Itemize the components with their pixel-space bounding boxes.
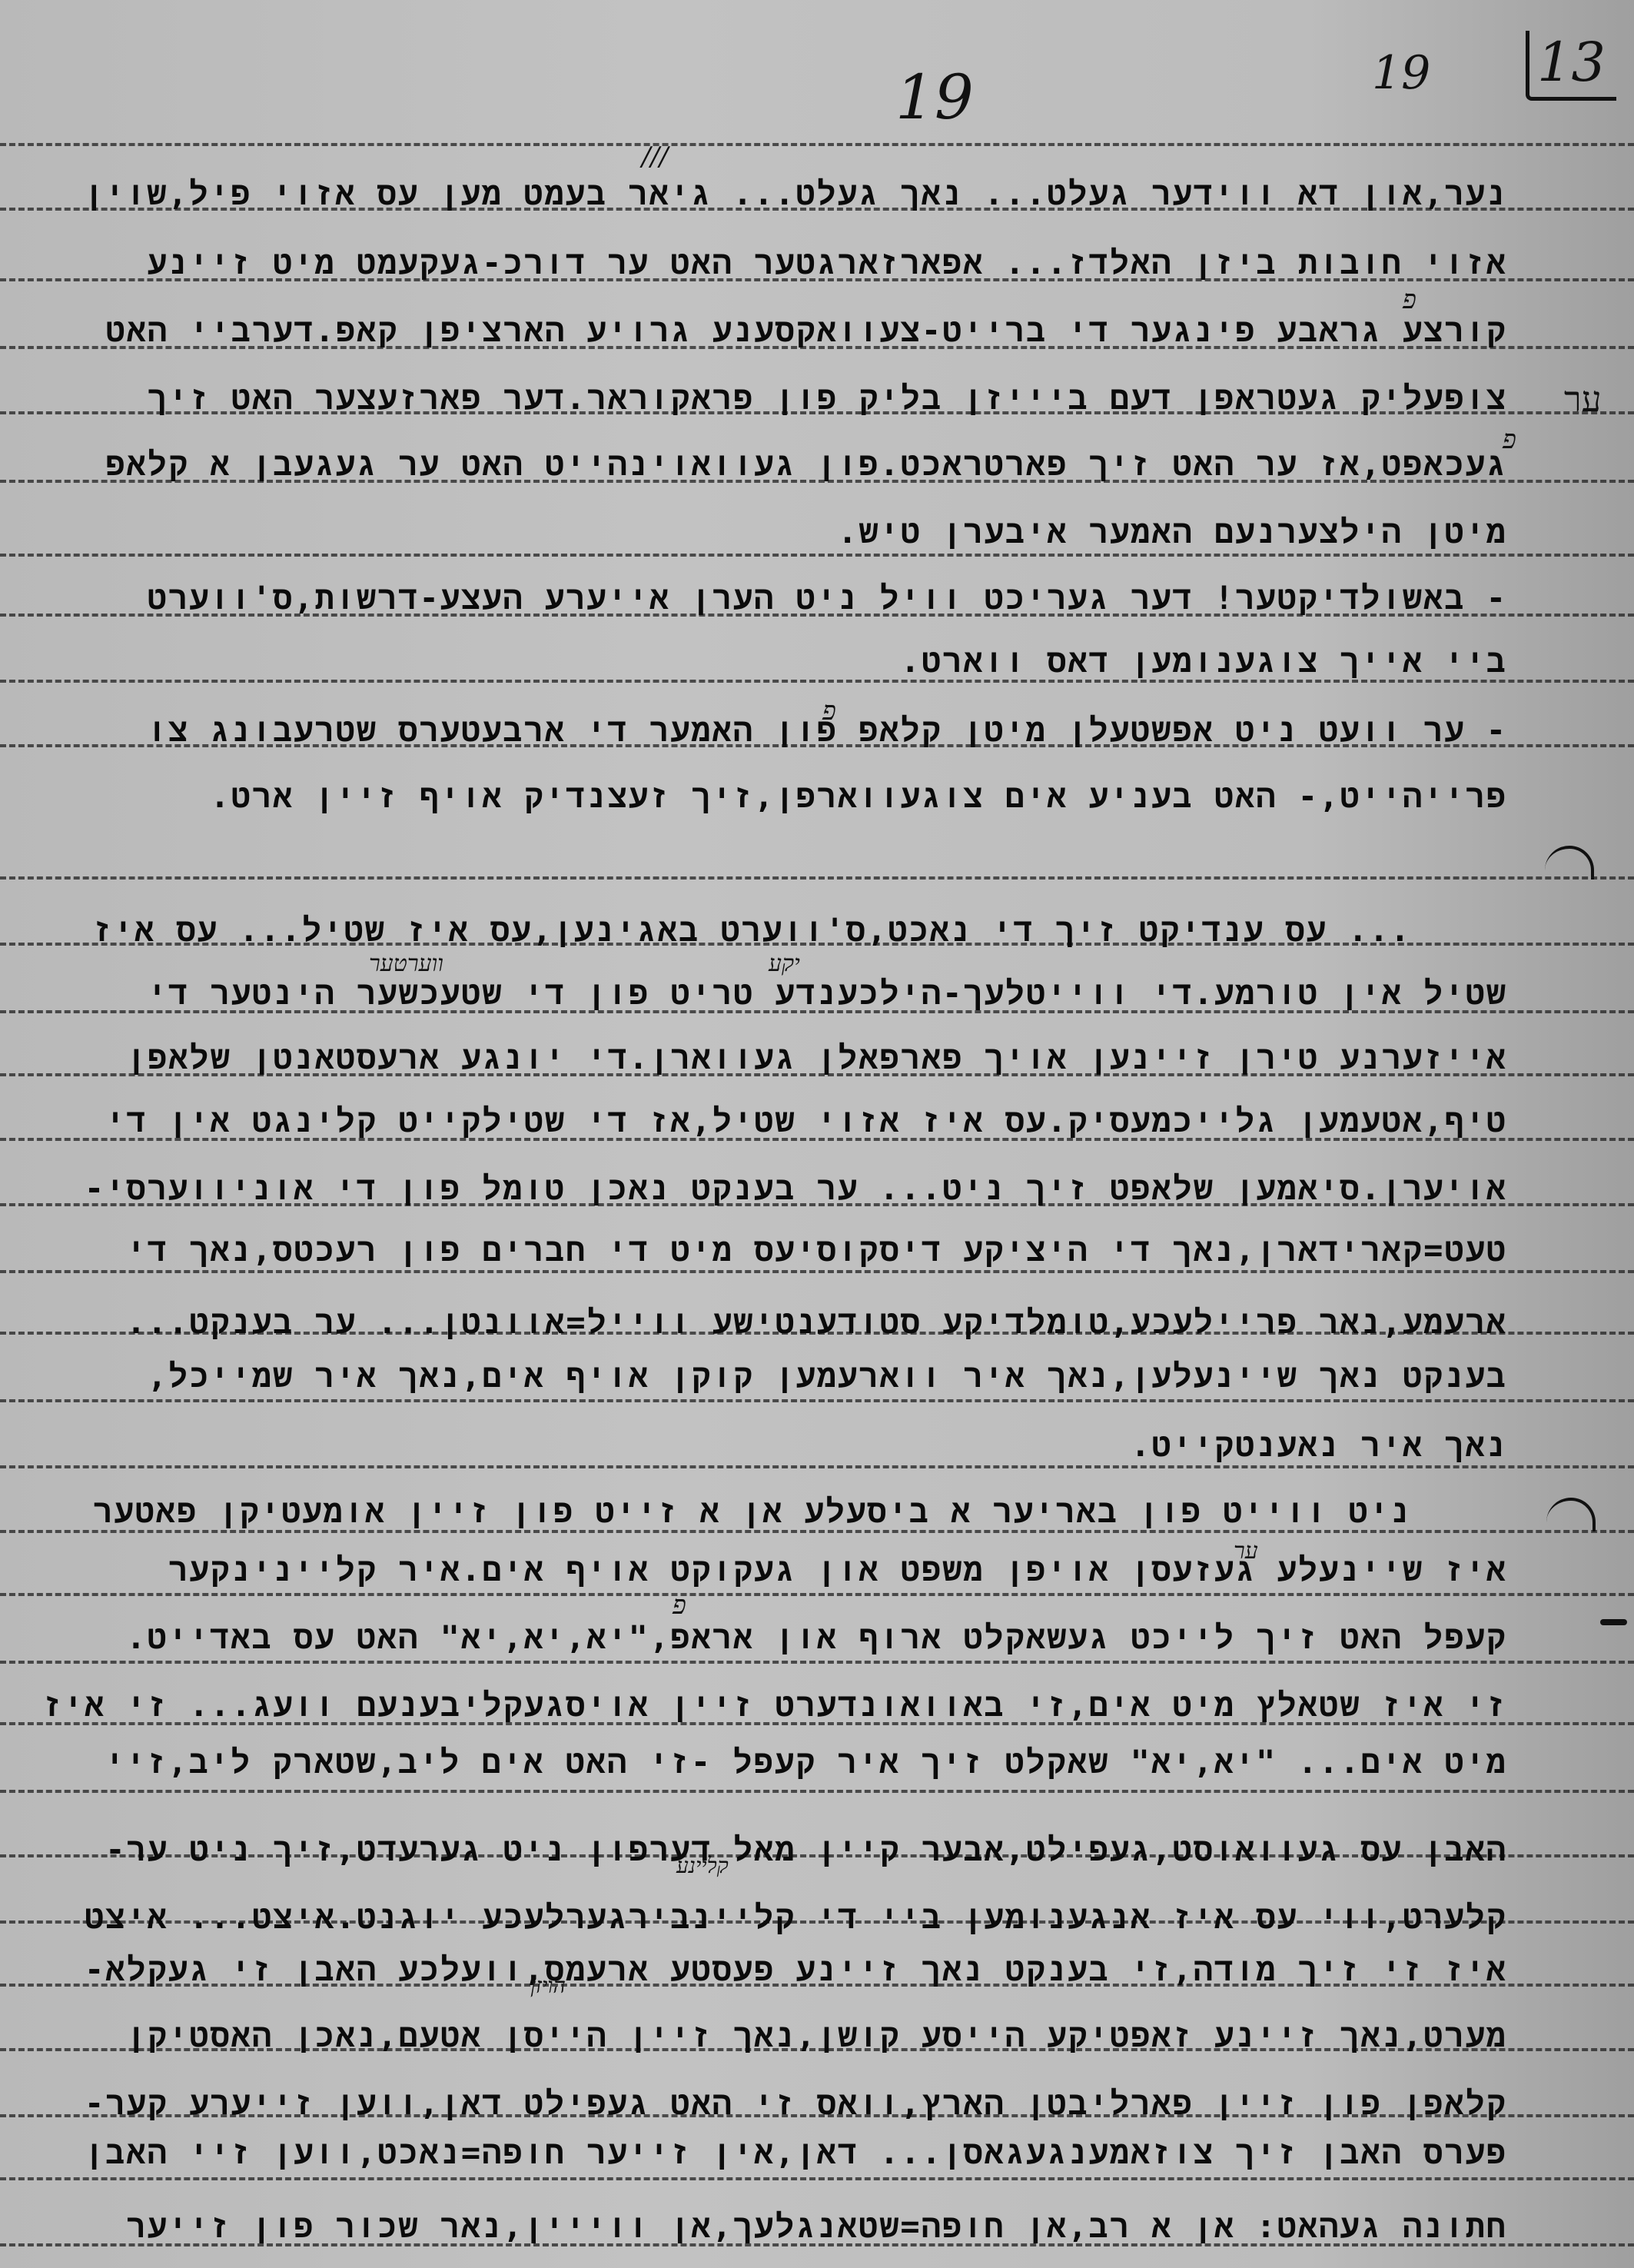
text-line: טעט=קארידארן,נאך די היציקע דיסקוסיעס מיט… (54, 1227, 1507, 1273)
text-line: ביי אייך צוגענומען דאס ווארט. (901, 638, 1507, 684)
text-line: מיטן הילצערנעם האמער איבערן טיש. (838, 509, 1507, 555)
text-line: קעפל האט זיך לייכט געשאקלט ארוף און אראפ… (54, 1615, 1507, 1661)
handwritten-correction: קליינע (676, 1853, 729, 1879)
margin-annotation: ער (1564, 378, 1602, 420)
text-line: ניט ווייט פון באריער א ביסעלע אן א זייט … (54, 1488, 1411, 1535)
text-line: מערט,נאך זיינע זאפטיקע הייסע קושן,נאך זי… (54, 2013, 1507, 2059)
text-line: שטיל אין טורמע.די ווייטלעך-הילכענדע טריט… (54, 970, 1507, 1016)
handwritten-correction: ווערטער (369, 950, 443, 977)
page-number-handwritten-secondary: 19 (1372, 46, 1430, 100)
text-line: זי איז שטאלץ מיט אים,זי באוואונדערט זיין… (54, 1682, 1507, 1728)
text-line: טיף,אטעמען גלייכמעסיק.עס איז אזוי שטיל,א… (54, 1098, 1507, 1144)
text-line: נאך איר נאענטקייט. (1131, 1422, 1507, 1468)
text-line: אויערן.סיאמען שלאפט זיך ניט... ער בענקט … (54, 1166, 1507, 1212)
text-line: געכאפט,אז ער האט זיך פארטראכט.פון געוואו… (54, 441, 1507, 487)
text-line: - ער וועט ניט אפשטעלן מיטן קלאפ פון האמע… (54, 707, 1507, 753)
text-line: מיט אים... "יא,יא" שאקלט זיך איר קעפל -ז… (54, 1739, 1507, 1785)
text-line: ארעמע,נאר פריילעכע,טומלדיקע סטודענטישע ו… (54, 1299, 1507, 1345)
margin-dash-mark (1600, 1619, 1627, 1625)
text-line: פערס האבן זיך צוזאמענגעגאסן... דאן,אין ז… (54, 2130, 1507, 2176)
text-line: אזוי חובות ביזן האלדז... אפארזארגטער האט… (54, 240, 1507, 286)
text-line: ... עס ענדיקט זיך די נאכט,ס'ווערט באגינע… (54, 907, 1411, 953)
page-number-boxed: 13 (1526, 31, 1616, 101)
text-line: קלערט,ווי עס איז אנגענומען ביי די קליינב… (54, 1894, 1507, 1940)
manuscript-page: 19 19 13 נער,און דא ווידער געלט... נאך ג… (0, 0, 1634, 2268)
text-line: קורצע גראבע פינגער די ברייט-צעוואקסענע ג… (54, 308, 1507, 354)
ruled-line (0, 1790, 1634, 1793)
text-line: אייזערנע טירן זיינען אויך פארפאלן געוואר… (54, 1035, 1507, 1081)
ruled-line (0, 1661, 1634, 1664)
ruled-line (0, 2177, 1634, 2180)
text-line: נער,און דא ווידער געלט... נאך געלט... גי… (54, 171, 1507, 217)
text-line: פרייהייט,- האט בעניע אים צוגעווארפן,זיך … (54, 773, 1507, 820)
handwritten-correction: פ (673, 1590, 686, 1621)
text-line: קלאפן פון זיין פארליבטן הארץ,וואס זי האט… (54, 2080, 1507, 2127)
text-line: איז זי זיך מודה,זי בענקט נאך זיינע פעסטע… (54, 1947, 1507, 1993)
text-line: חתונה געהאט: אן א רב,אן חופה=שטאנגלעך,אן… (54, 2203, 1507, 2250)
text-line: צופעליק געטראפן דעם ביייזן בליק פון פראק… (54, 375, 1507, 421)
handwritten-correction: יקע (769, 950, 800, 977)
handwritten-correction: פ (1403, 284, 1416, 315)
handwritten-correction: ער (1234, 1538, 1258, 1565)
ruled-line (0, 876, 1634, 880)
text-line: - באשולדיקטער! דער געריכט וויל ניט הערן … (54, 575, 1507, 621)
handwritten-correction: /// (642, 141, 668, 172)
text-line: איז שיינעלע געזעסן אויפן משפט און געקוקט… (54, 1547, 1507, 1593)
page-number-handwritten: 19 (895, 62, 974, 133)
ruled-line (0, 143, 1634, 146)
paragraph-bracket-mark (1545, 846, 1594, 880)
handwritten-correction: פ (822, 696, 836, 727)
text-line: האבן עס געוואוסט,געפילט,אבער קיין מאל דע… (54, 1827, 1507, 1873)
text-line: בענקט נאך שיינעלען,נאך איר ווארעמען קוקן… (54, 1353, 1507, 1399)
handwritten-correction: הויזן (530, 1973, 566, 1999)
ruled-line (0, 1593, 1634, 1596)
handwritten-correction: פ (1503, 424, 1516, 455)
paragraph-bracket-mark (1546, 1498, 1596, 1531)
ruled-line (0, 1399, 1634, 1402)
